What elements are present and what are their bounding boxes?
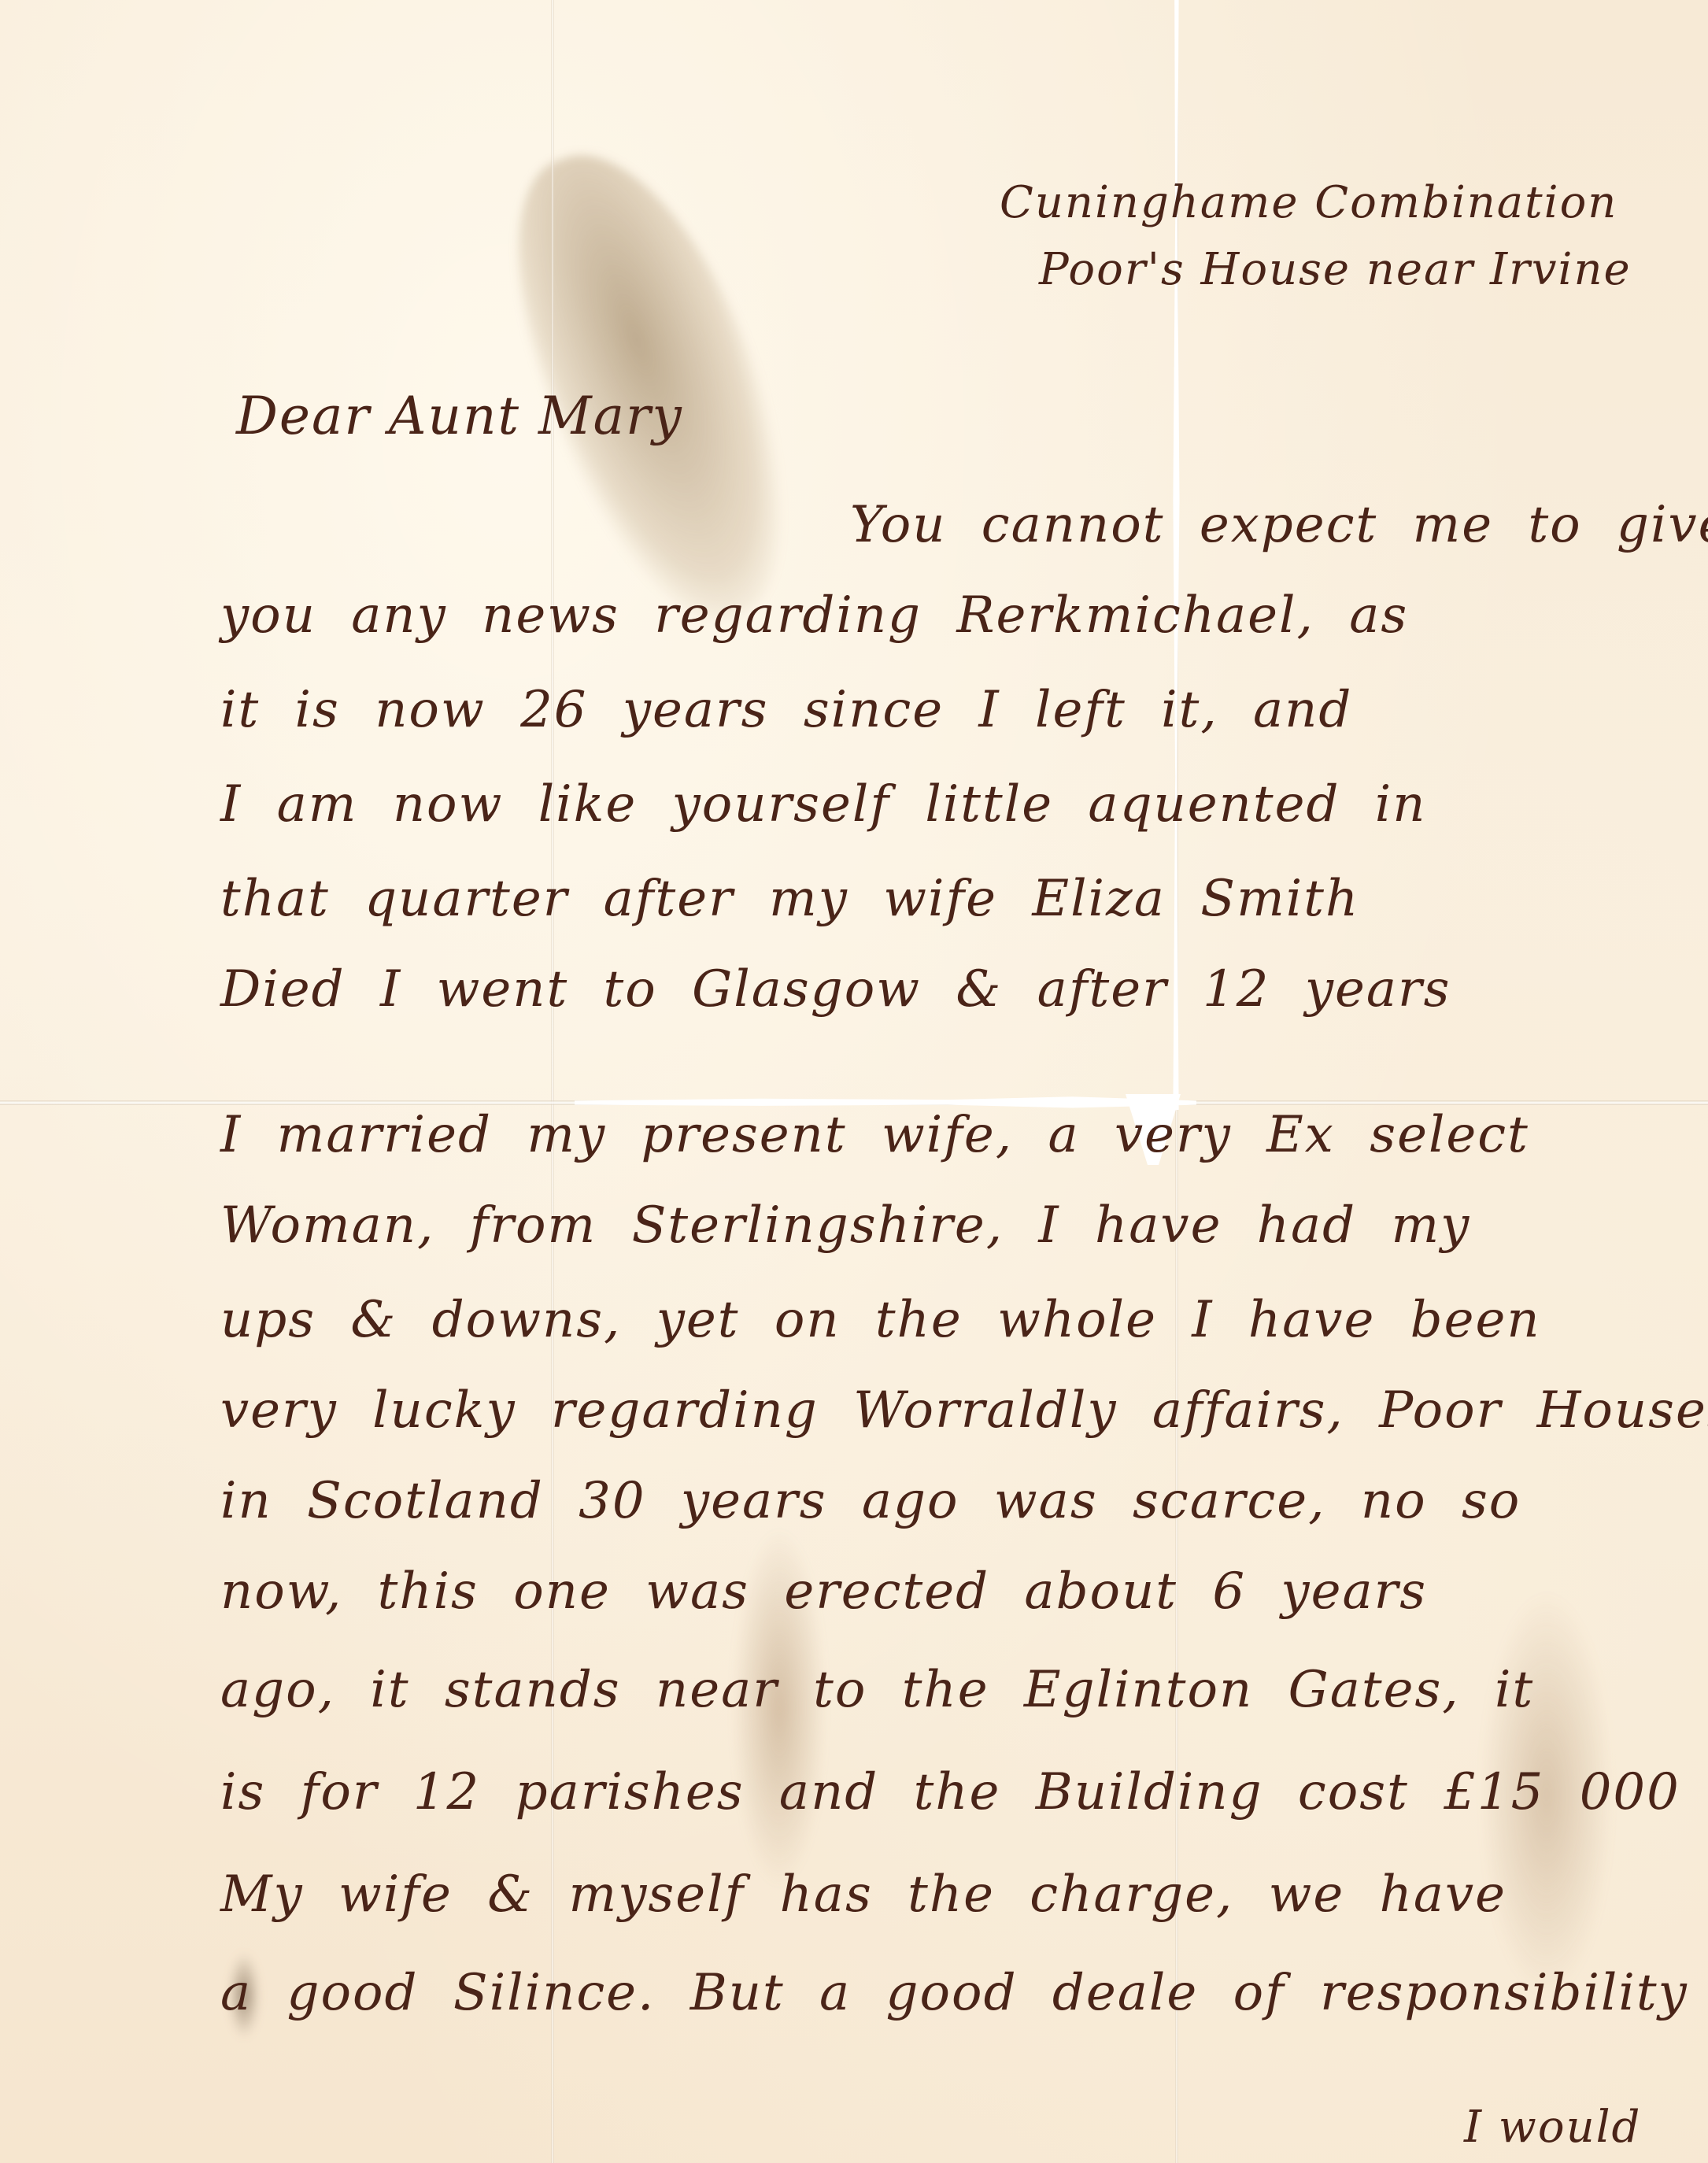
body-line: Died I went to Glasgow & after 12 years <box>220 960 1451 1019</box>
body-line: it is now 26 years since I left it, and <box>220 681 1352 739</box>
body-line: You cannot expect me to give <box>850 496 1708 554</box>
vertical-fold-left <box>551 0 554 2163</box>
address-line-2: Poor's House near Irvine <box>1039 244 1632 295</box>
body-line: now, this one was erected about 6 years <box>220 1562 1427 1621</box>
body-line: ups & downs, yet on the whole I have bee… <box>220 1291 1541 1349</box>
body-line: is for 12 parishes and the Building cost… <box>220 1763 1680 1821</box>
body-line: My wife & myself has the charge, we have <box>220 1865 1507 1924</box>
closing-fragment: I would <box>1464 2102 1641 2153</box>
vertical-tear <box>1169 0 1183 1110</box>
body-line: that quarter after my wife Eliza Smith <box>220 870 1359 928</box>
body-line: I married my present wife, a very Ex sel… <box>220 1106 1529 1164</box>
body-line: in Scotland 30 years ago was scarce, no … <box>220 1472 1521 1530</box>
body-line: you any news regarding Rerkmichael, as <box>220 586 1408 645</box>
salutation: Dear Aunt Mary <box>236 386 683 446</box>
letter-paper: Cuninghame Combination Poor's House near… <box>0 0 1708 2163</box>
body-line: very lucky regarding Worraldly affairs, … <box>220 1381 1708 1440</box>
body-line: ago, it stands near to the Eglinton Gate… <box>220 1661 1534 1719</box>
body-line: I am now like yourself little aquented i… <box>220 775 1426 834</box>
body-line: Woman, from Sterlingshire, I have had my <box>220 1196 1470 1255</box>
body-line: a good Silince. But a good deale of resp… <box>220 1964 1688 2022</box>
address-line-1: Cuninghame Combination <box>1000 177 1617 228</box>
